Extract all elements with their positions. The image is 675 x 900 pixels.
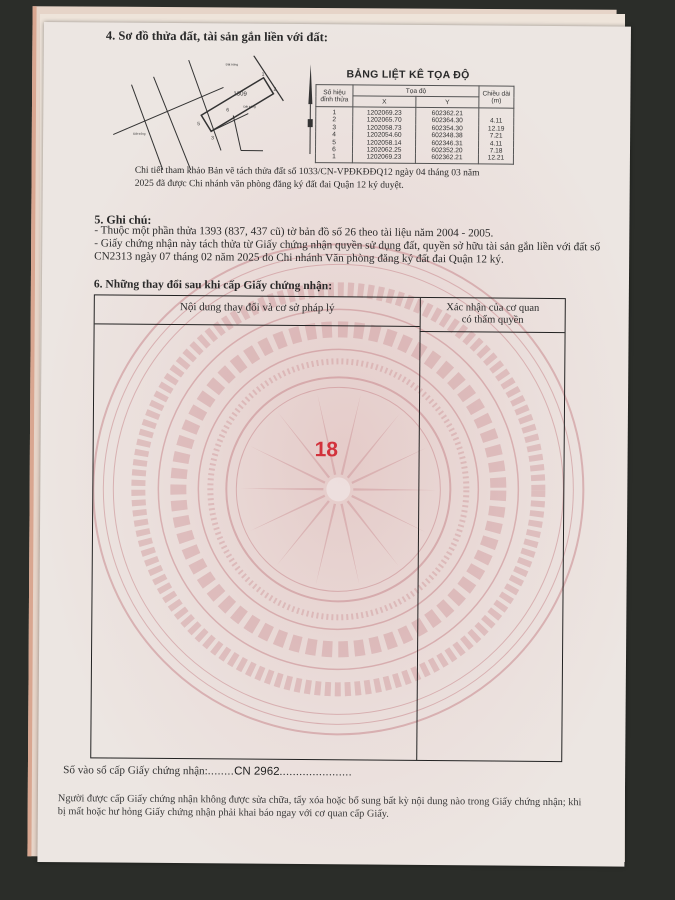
- parcel-map: 1309 1 2 3 5 6 Đất trống Đất trống Đất t…: [113, 55, 304, 171]
- coord-cell-point: 1: [316, 107, 353, 117]
- section-4-title: 4. Sơ đồ thửa đất, tài sản gắn liền với …: [106, 28, 328, 45]
- registry-number: Số vào sổ cấp Giấy chứng nhận:........CN…: [63, 764, 352, 778]
- changes-table: Nội dung thay đổi và cơ sở pháp lý Xác n…: [90, 294, 566, 762]
- changes-content-cell: [91, 324, 419, 760]
- coord-cell-y: 602362.21: [415, 154, 478, 163]
- svg-text:Đất trống: Đất trống: [133, 132, 146, 136]
- certificate-page: 4. Sơ đồ thửa đất, tài sản gắn liền với …: [37, 22, 631, 867]
- coord-cell-x: 1202069.23: [353, 107, 416, 117]
- coord-cell-length: [479, 108, 514, 118]
- coord-row: 11202069.23602362.2112.21: [315, 154, 513, 164]
- parcel-label: 1309: [233, 91, 247, 97]
- coordinate-table: Số hiệu đỉnh thửa Tọa độ Chiều dài (m) X…: [315, 84, 515, 164]
- section-6-title: 6. Những thay đổi sau khi cấp Giấy chứng…: [94, 278, 332, 292]
- svg-text:Đất trống: Đất trống: [226, 62, 239, 66]
- coord-cell-y: 602362.21: [416, 107, 479, 117]
- changes-header-confirmation: Xác nhận của cơ quan có thẩm quyền: [420, 298, 565, 333]
- page-number: 18: [315, 438, 339, 462]
- changes-confirmation-cell: [417, 333, 564, 761]
- svg-text:2: 2: [273, 87, 276, 93]
- coord-table-title: BẢNG LIỆT KÊ TỌA ĐỘ: [336, 68, 481, 81]
- north-arrow-icon: [305, 64, 316, 154]
- svg-text:Đất trống: Đất trống: [243, 105, 256, 109]
- header-x: X: [353, 96, 416, 107]
- changes-header-content: Nội dung thay đổi và cơ sở pháp lý: [95, 295, 420, 327]
- registry-label: Số vào sổ cấp Giấy chứng nhận:: [63, 764, 208, 777]
- svg-text:3: 3: [211, 135, 214, 141]
- header-point: Số hiệu đỉnh thửa: [316, 85, 353, 107]
- map-caption: Chi tiết tham khảo Bản vẽ tách thửa đất …: [135, 165, 495, 194]
- coord-cell-point: 1: [315, 154, 352, 163]
- note-item: - Giấy chứng nhận này tách thửa từ Giấy …: [94, 237, 604, 267]
- notes: - Thuộc một phần thửa 1393 (837, 437 cũ)…: [94, 224, 604, 267]
- svg-text:6: 6: [226, 107, 229, 113]
- header-y: Y: [416, 96, 479, 107]
- header-length: Chiều dài (m): [479, 86, 514, 108]
- svg-text:1: 1: [262, 72, 265, 78]
- warning-notice: Người được cấp Giấy chứng nhận không đượ…: [58, 792, 588, 822]
- registry-value: CN 2962: [234, 766, 279, 778]
- coord-cell-length: 12.21: [478, 155, 513, 164]
- svg-text:5: 5: [197, 121, 200, 127]
- coord-cell-x: 1202069.23: [352, 154, 415, 163]
